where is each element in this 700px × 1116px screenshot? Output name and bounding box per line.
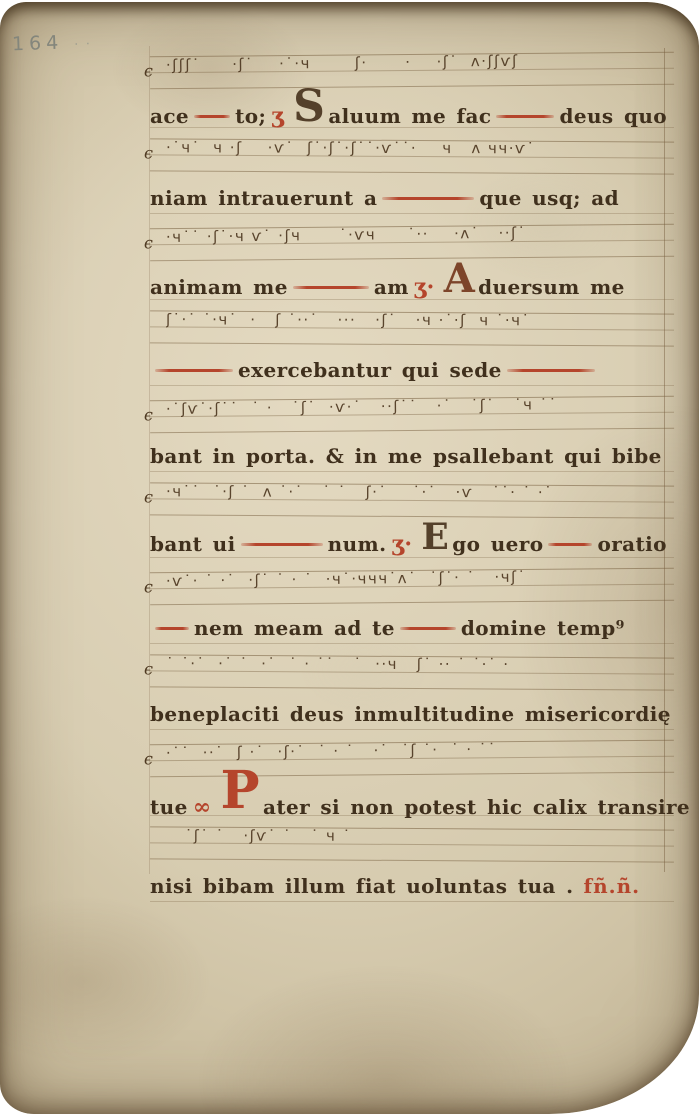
chant-text: animam me	[150, 275, 288, 299]
red-line-filler	[155, 369, 233, 372]
rubric-mark: ʒ	[271, 103, 284, 129]
chant-text-line: animam meamʒ·Aduersum me	[150, 268, 674, 302]
chant-text: duersum me	[478, 275, 625, 299]
system-5: є·˙ʃѵ˙·ʃ˙˙ ˙ · ˙ʃ˙ ·ѵ·˙ ··ʃ˙˙ ·˙ ˙ʃ˙ ˙ч …	[150, 388, 674, 474]
red-line-filler	[496, 115, 554, 118]
chant-text-line: nisi bibam illum fiat uoluntas tua .fñ.ñ…	[150, 870, 674, 904]
system-6: є·ч˙˙ ˙·ʃ ˙ ʌ ˙·˙ ˙ ˙ ʃ·˙ ˙·˙ ·ѵ ˙˙· ˙ ·…	[150, 474, 674, 560]
folio-dots: · ·	[74, 37, 92, 52]
system-1: є·ʃʃʃ˙ ·ʃ˙ ·˙·ч ʃ· · ·ʃ˙ ʌ·ʃʃѵʃaceto;ʒSa…	[150, 44, 674, 130]
c-clef: є	[144, 659, 153, 678]
chant-text: am	[374, 275, 409, 299]
c-clef: є	[144, 749, 153, 768]
staff: є·˙ʃѵ˙·ʃ˙˙ ˙ · ˙ʃ˙ ·ѵ·˙ ··ʃ˙˙ ·˙ ˙ʃ˙ ˙ч …	[150, 386, 674, 443]
chant-text-line: exercebantur qui sede	[150, 354, 674, 388]
chant-text: num.	[328, 532, 387, 556]
neumes: ˙ʃ˙ ˙ ·ʃѵ˙ ˙ ˙ ч ˙	[166, 826, 674, 867]
chant-text-line: beneplaciti deus inmultitudine misericor…	[150, 698, 674, 732]
chant-text: que usq; ad	[479, 186, 619, 210]
neumes: ·˙ʃѵ˙·ʃ˙˙ ˙ · ˙ʃ˙ ·ѵ·˙ ··ʃ˙˙ ·˙ ˙ʃ˙ ˙ч ˙…	[166, 394, 674, 440]
red-line-filler	[400, 627, 456, 630]
c-clef: є	[144, 143, 153, 162]
chant-text: ace	[150, 104, 189, 128]
staff: є·ѵ˙· ˙ ·˙ ·ʃ˙ ˙ · ˙ ·ч˙·ччч˙ʌ˙ ˙ʃ˙· ˙ ·…	[150, 558, 674, 615]
neumes: ·ч˙˙ ·ʃ˙·ч ѵ˙ ·ʃч ˙·ѵч ˙·· ·ʌ˙ ··ʃ˙	[166, 222, 674, 268]
chant-text: bant in porta. & in me psallebant qui bi…	[150, 444, 662, 468]
c-clef: є	[144, 61, 153, 80]
folio-number: 164 · ·	[12, 31, 92, 56]
chant-text: exercebantur qui sede	[238, 358, 502, 382]
illuminated-initial: P	[220, 778, 260, 808]
chant-text: tue	[150, 795, 188, 819]
illuminated-initial: A	[444, 266, 475, 296]
red-line-filler	[507, 369, 595, 372]
system-4: ʃ˙·˙ ˙·ч˙ · ʃ ˙··˙ ··· ·ʃ˙ ·ч ·˙·ʃ ч ˙·ч…	[150, 302, 674, 388]
chant-text: niam intrauerunt a	[150, 186, 377, 210]
chant-text: domine temp⁹	[461, 616, 625, 640]
c-clef: є	[144, 233, 153, 252]
neumes: ·˙ч˙ ч ·ʃ ·ѵ˙ ʃ˙·ʃ˙·ʃ˙˙·ѵ˙˙· ч ʌ чч·ѵ˙	[166, 138, 674, 179]
neumes: ·ч˙˙ ˙·ʃ ˙ ʌ ˙·˙ ˙ ˙ ʃ·˙ ˙·˙ ·ѵ ˙˙· ˙ ·˙	[166, 482, 674, 523]
chant-text: beneplaciti deus inmultitudine misericor…	[150, 702, 671, 726]
chant-text: nisi bibam illum fiat uoluntas tua .	[150, 874, 573, 898]
system-8: є˙ ˙·˙ ·˙ ˙ ·˙ ˙ · ˙˙ ˙ ··ч ʃ˙ ·· ˙ ˙·˙ …	[150, 646, 674, 732]
chant-text: oratio	[597, 532, 666, 556]
chant-text: bant ui	[150, 532, 236, 556]
c-clef: є	[144, 487, 153, 506]
staff: є·ч˙˙ ·ʃ˙·ч ѵ˙ ·ʃч ˙·ѵч ˙·· ·ʌ˙ ··ʃ˙	[150, 214, 674, 271]
chant-text: deus quo	[559, 104, 667, 128]
red-line-filler	[194, 115, 230, 118]
red-line-filler	[241, 543, 323, 546]
chant-text: nem meam ad te	[194, 616, 395, 640]
staff: є˙ ˙·˙ ·˙ ˙ ·˙ ˙ · ˙˙ ˙ ··ч ʃ˙ ·· ˙ ˙·˙ …	[150, 644, 674, 699]
chant-text-line: niam intrauerunt aque usq; ad	[150, 182, 674, 216]
c-clef: є	[144, 405, 153, 424]
system-2: є·˙ч˙ ч ·ʃ ·ѵ˙ ʃ˙·ʃ˙·ʃ˙˙·ѵ˙˙· ч ʌ чч·ѵ˙n…	[150, 130, 674, 216]
system-9: є·˙˙ ··˙ ʃ ·˙ ·ʃ·˙ ˙ · ˙ ·˙ ˙ʃ ˙· ˙ · ˙˙…	[150, 732, 674, 818]
folio-number-text: 164	[12, 32, 64, 56]
red-line-filler	[548, 543, 592, 546]
red-line-filler	[382, 197, 474, 200]
chant-text: aluum me fac	[328, 104, 491, 128]
neumes: ·ʃʃʃ˙ ·ʃ˙ ·˙·ч ʃ· · ·ʃ˙ ʌ·ʃʃѵʃ	[166, 50, 674, 96]
neumes: ·ѵ˙· ˙ ·˙ ·ʃ˙ ˙ · ˙ ·ч˙·ччч˙ʌ˙ ˙ʃ˙· ˙ ·ч…	[166, 566, 674, 612]
illuminated-initial: S	[293, 94, 325, 124]
chant-text-line: nem meam ad tedomine temp⁹	[150, 612, 674, 646]
chant-text-line: bant in porta. & in me psallebant qui bi…	[150, 440, 674, 474]
chant-text-line: aceto;ʒSaluum me facdeus quo	[150, 96, 674, 130]
system-10: ˙ʃ˙ ˙ ·ʃѵ˙ ˙ ˙ ч ˙nisi bibam illum fiat …	[150, 818, 674, 904]
rubric-mark: ʒ·	[414, 274, 435, 300]
red-line-filler	[293, 286, 369, 289]
music-systems: є·ʃʃʃ˙ ·ʃ˙ ·˙·ч ʃ· · ·ʃ˙ ʌ·ʃʃѵʃaceto;ʒSa…	[150, 44, 674, 904]
staff: є·ч˙˙ ˙·ʃ ˙ ʌ ˙·˙ ˙ ˙ ʃ·˙ ˙·˙ ·ѵ ˙˙· ˙ ·…	[150, 472, 674, 527]
staff: ˙ʃ˙ ˙ ·ʃѵ˙ ˙ ˙ ч ˙	[150, 816, 674, 871]
chant-text-line: tue∞Pater si non potest hic calix transi…	[150, 784, 674, 818]
system-7: є·ѵ˙· ˙ ·˙ ·ʃ˙ ˙ · ˙ ·ч˙·ччч˙ʌ˙ ˙ʃ˙· ˙ ·…	[150, 560, 674, 646]
staff: ʃ˙·˙ ˙·ч˙ · ʃ ˙··˙ ··· ·ʃ˙ ·ч ·˙·ʃ ч ˙·ч…	[150, 300, 674, 355]
staff: є·ʃʃʃ˙ ·ʃ˙ ·˙·ч ʃ· · ·ʃ˙ ʌ·ʃʃѵʃ	[150, 42, 674, 99]
neumes: ˙ ˙·˙ ·˙ ˙ ·˙ ˙ · ˙˙ ˙ ··ч ʃ˙ ·· ˙ ˙·˙ ·	[166, 654, 674, 695]
illuminated-initial: E	[421, 524, 449, 554]
system-3: є·ч˙˙ ·ʃ˙·ч ѵ˙ ·ʃч ˙·ѵч ˙·· ·ʌ˙ ··ʃ˙anim…	[150, 216, 674, 302]
neumes: ʃ˙·˙ ˙·ч˙ · ʃ ˙··˙ ··· ·ʃ˙ ·ч ·˙·ʃ ч ˙·ч…	[166, 310, 674, 351]
red-line-filler	[155, 627, 189, 630]
chant-text: to;	[235, 104, 266, 128]
rubric-mark: ʒ·	[391, 531, 412, 557]
chant-text: ater si non potest hic calix transire	[263, 795, 690, 819]
c-clef: є	[144, 577, 153, 596]
staff: є·˙ч˙ ч ·ʃ ·ѵ˙ ʃ˙·ʃ˙·ʃ˙˙·ѵ˙˙· ч ʌ чч·ѵ˙	[150, 128, 674, 183]
chant-text-line: bant uinum.ʒ·Ego uerooratio	[150, 526, 674, 560]
rubric-text: fñ.ñ.	[583, 874, 640, 898]
chant-text: go uero	[452, 532, 543, 556]
